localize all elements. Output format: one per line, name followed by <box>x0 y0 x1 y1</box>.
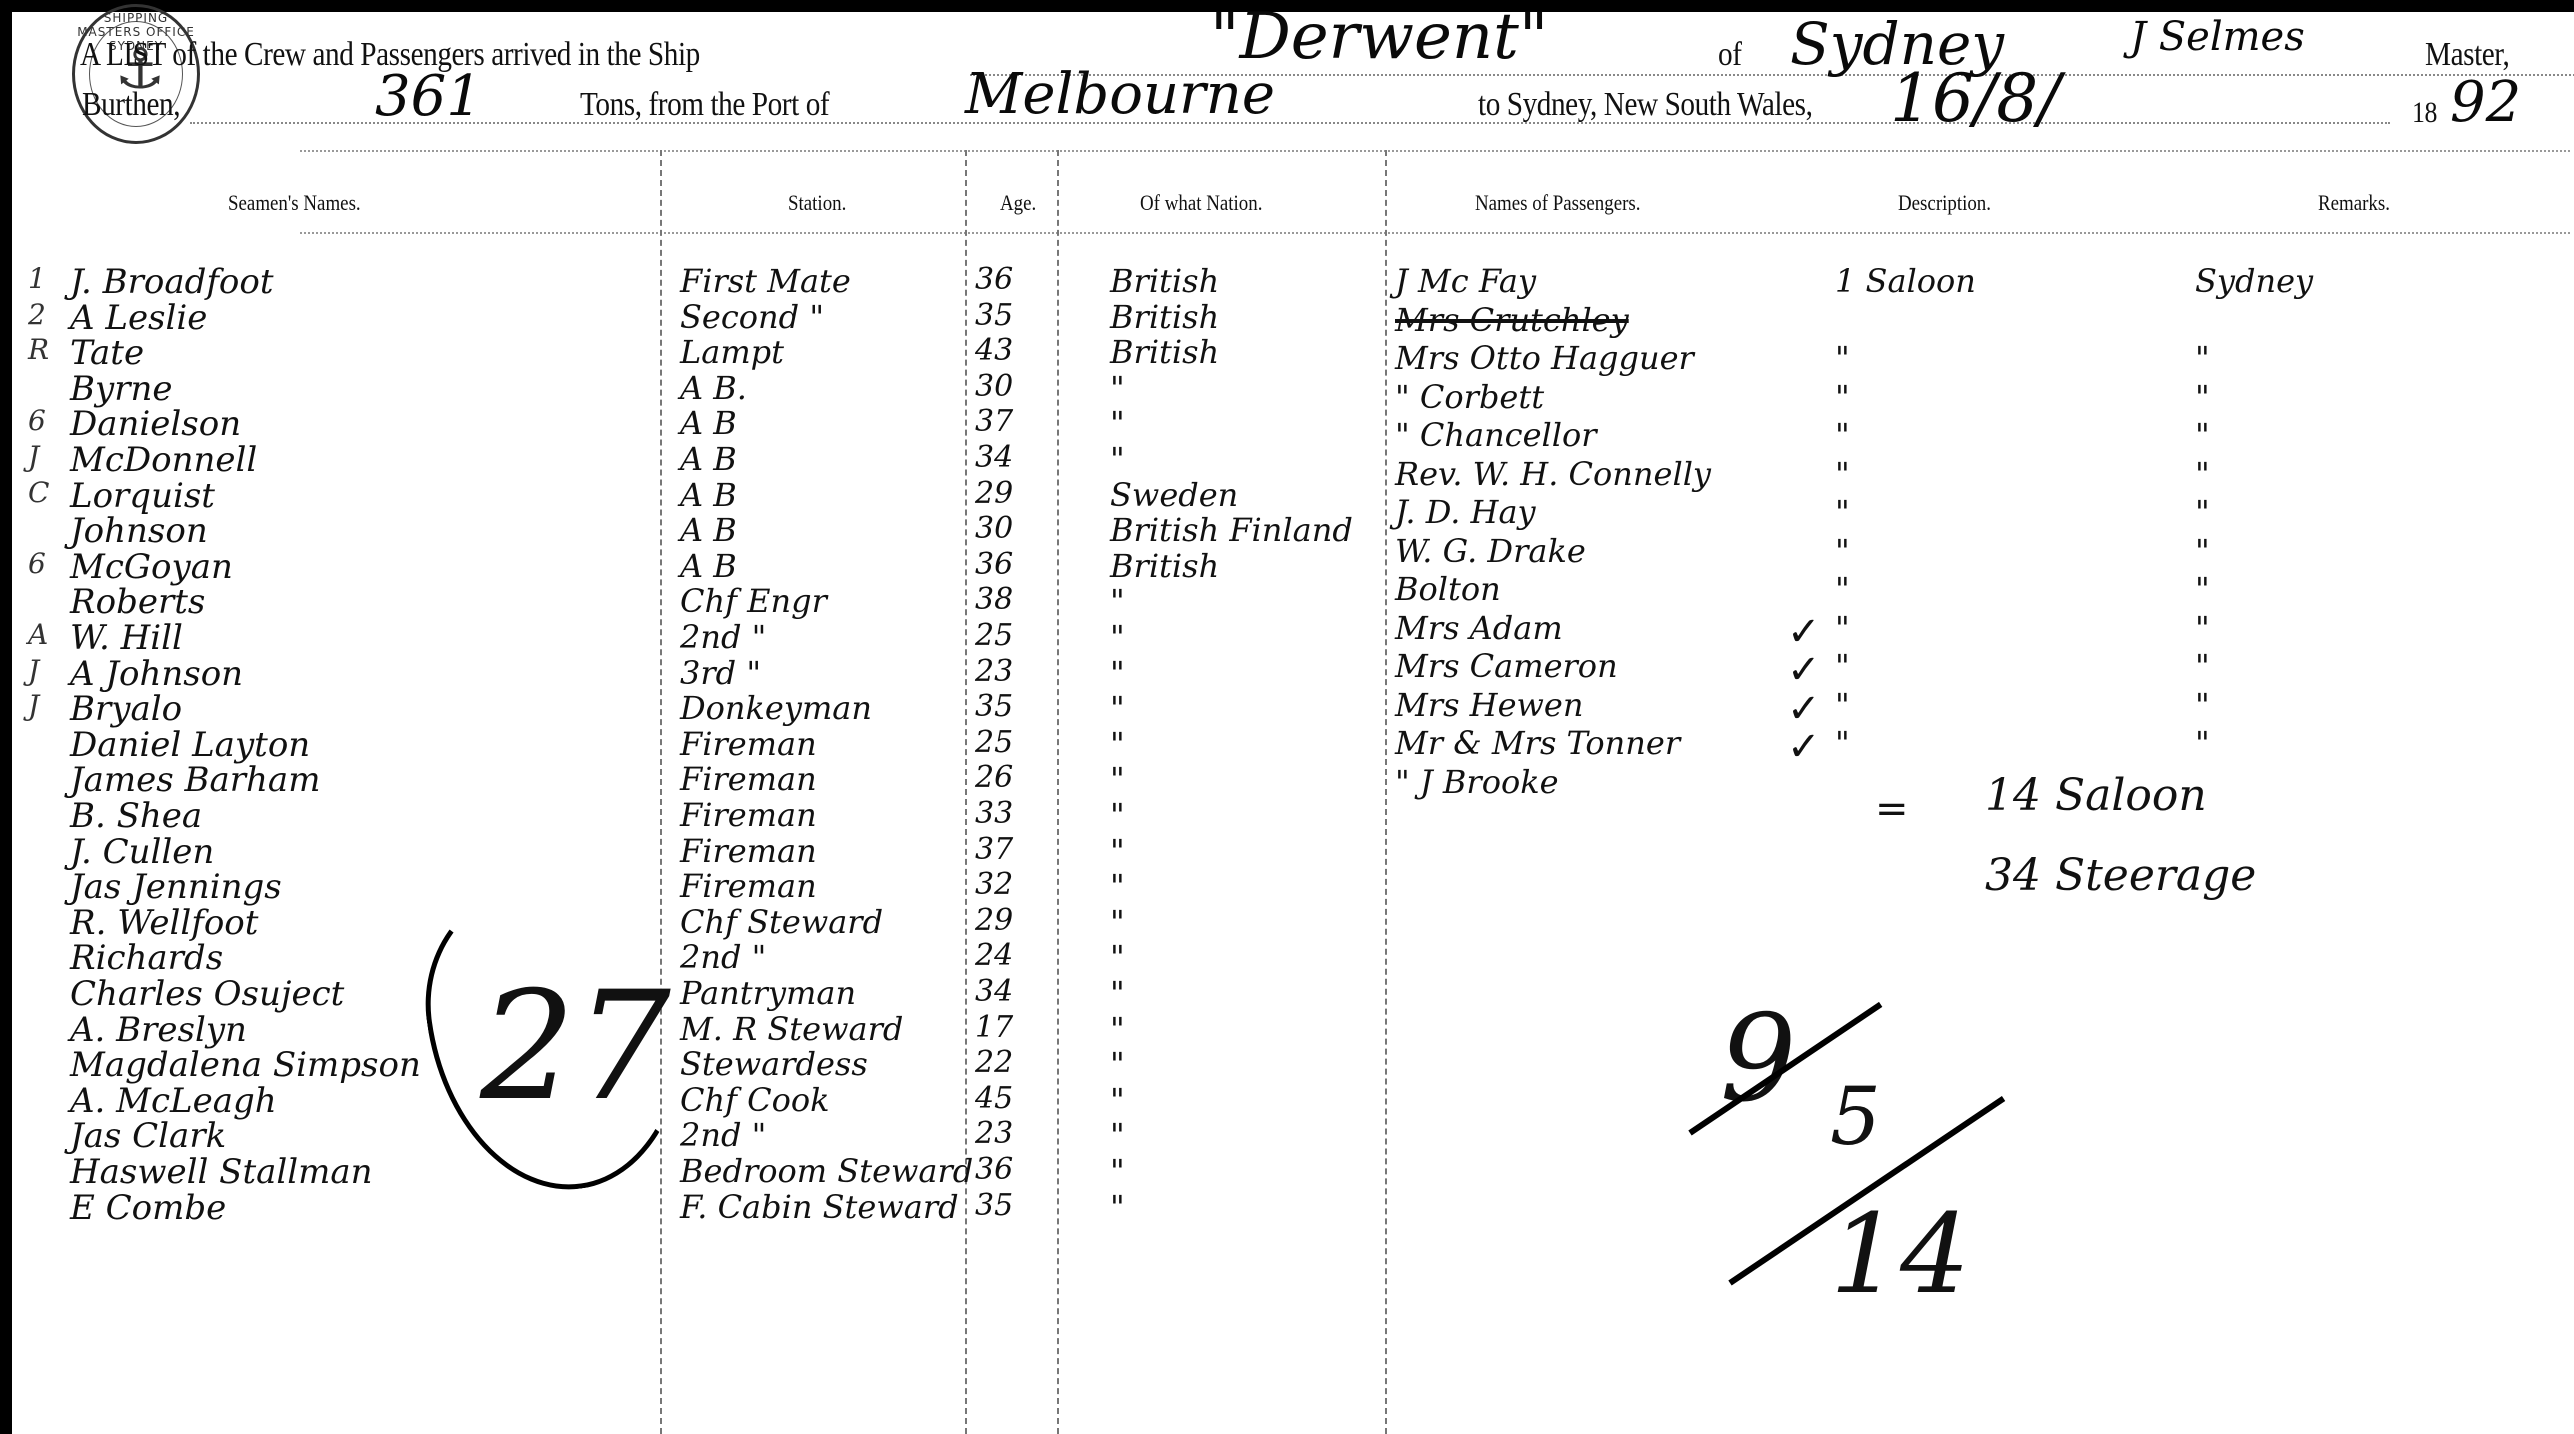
seaman-nation: " <box>1110 369 1125 407</box>
seaman-age: 29 <box>975 476 1013 511</box>
crew-row: Haswell StallmanBedroom Steward36" <box>0 1152 1400 1188</box>
seaman-station: Fireman <box>680 796 817 834</box>
seaman-nation: British <box>1110 547 1219 585</box>
seaman-station: Fireman <box>680 760 817 798</box>
seaman-age: 25 <box>975 618 1013 653</box>
seaman-nation: " <box>1110 440 1125 478</box>
passenger-name: Mrs Otto Hagguer <box>1395 339 1694 377</box>
passenger-description: 1 Saloon <box>1835 262 1976 300</box>
crew-mark: A <box>28 618 48 651</box>
seaman-station: A B <box>680 404 737 442</box>
passenger-name: J Mc Fay <box>1395 262 1536 300</box>
seaman-station: 2nd " <box>680 618 766 656</box>
passenger-description: " <box>1835 647 1850 685</box>
of-label: of <box>1718 36 1742 74</box>
seaman-nation: Sweden <box>1110 476 1238 514</box>
seaman-station: Fireman <box>680 725 817 763</box>
passenger-remarks: " <box>2195 493 2210 531</box>
seaman-name: Richards <box>70 938 223 978</box>
passenger-name: " J Brooke <box>1395 763 1559 801</box>
crew-row: R. WellfootChf Steward29" <box>0 903 1400 939</box>
passenger-remarks: Sydney <box>2195 262 2313 300</box>
seaman-name: Daniel Layton <box>70 725 310 765</box>
seaman-name: J. Cullen <box>70 832 214 872</box>
seaman-station: Bedroom Steward <box>680 1152 973 1190</box>
seaman-name: Danielson <box>70 404 241 444</box>
passenger-name: J. D. Hay <box>1395 493 1536 531</box>
seaman-station: 3rd " <box>680 654 761 692</box>
passenger-row: Mrs Crutchley <box>1395 301 2565 337</box>
total-steerage: 34 Steerage <box>1985 850 2256 901</box>
passenger-remarks: " <box>2195 609 2210 647</box>
col-remarks: Remarks. <box>2318 190 2390 216</box>
col-seamen-names: Seamen's Names. <box>228 190 361 216</box>
seaman-age: 37 <box>975 404 1013 439</box>
seaman-nation: " <box>1110 974 1125 1012</box>
arrival-date: 16/8/ <box>1890 60 2060 137</box>
crew-row: 6DanielsonA B37" <box>0 404 1400 440</box>
crew-mark: R <box>28 333 49 366</box>
seaman-nation: British Finland <box>1110 511 1353 549</box>
passenger-remarks: " <box>2195 724 2210 762</box>
crew-mark: 2 <box>28 298 46 331</box>
seaman-name: Roberts <box>70 582 205 622</box>
totals-equals: = <box>1875 786 1909 832</box>
passenger-remarks: " <box>2195 455 2210 493</box>
seaman-station: Lampt <box>680 333 784 371</box>
column-header-top-rule <box>300 150 2570 152</box>
seaman-station: 2nd " <box>680 938 766 976</box>
col-description: Description. <box>1898 190 1991 216</box>
crew-row: A. McLeaghChf Cook45" <box>0 1081 1400 1117</box>
seaman-age: 37 <box>975 832 1013 867</box>
seaman-age: 35 <box>975 689 1013 724</box>
passenger-row: Mrs Adam✓"" <box>1395 609 2565 645</box>
tonnage-value: 361 <box>375 64 482 129</box>
passenger-name: Mrs Cameron <box>1395 647 1618 685</box>
seaman-station: Fireman <box>680 832 817 870</box>
crew-mark: 6 <box>28 404 46 437</box>
seaman-nation: " <box>1110 760 1125 798</box>
passenger-name: W. G. Drake <box>1395 532 1586 570</box>
seaman-age: 23 <box>975 654 1013 689</box>
seaman-station: A B <box>680 476 737 514</box>
seaman-name: W. Hill <box>70 618 183 658</box>
passenger-description: " <box>1835 416 1850 454</box>
seaman-name: A Leslie <box>70 298 207 338</box>
seaman-station: A B. <box>680 369 747 407</box>
passenger-row: " Corbett"" <box>1395 378 2565 414</box>
seaman-name: McDonnell <box>70 440 257 480</box>
passenger-row: " J Brooke <box>1395 763 2565 799</box>
col-station: Station. <box>788 190 846 216</box>
seaman-name: Jas Clark <box>70 1116 226 1156</box>
seaman-nation: " <box>1110 1188 1125 1226</box>
seaman-name: E Combe <box>70 1188 226 1228</box>
seaman-nation: " <box>1110 618 1125 656</box>
passenger-row: W. G. Drake"" <box>1395 532 2565 568</box>
seaman-name: Bryalo <box>70 689 182 729</box>
seaman-age: 38 <box>975 582 1013 617</box>
passenger-description: " <box>1835 532 1850 570</box>
seaman-name: McGoyan <box>70 547 233 587</box>
seaman-nation: " <box>1110 689 1125 727</box>
seaman-nation: " <box>1110 1010 1125 1048</box>
seaman-nation: " <box>1110 582 1125 620</box>
seaman-nation: " <box>1110 725 1125 763</box>
seaman-station: Chf Engr <box>680 582 827 620</box>
passenger-row: Mrs Otto Hagguer"" <box>1395 339 2565 375</box>
passenger-description: " <box>1835 570 1850 608</box>
seaman-name: Johnson <box>70 511 208 551</box>
crew-row: JMcDonnellA B34" <box>0 440 1400 476</box>
from-port: Melbourne <box>965 62 1275 127</box>
seaman-name: Haswell Stallman <box>70 1152 373 1192</box>
seaman-nation: " <box>1110 404 1125 442</box>
col-passenger-names: Names of Passengers. <box>1475 190 1641 216</box>
seaman-nation: " <box>1110 867 1125 905</box>
passenger-row: Mrs Cameron✓"" <box>1395 647 2565 683</box>
crew-row: 6McGoyanA B36British <box>0 547 1400 583</box>
crew-row: JohnsonA B30British Finland <box>0 511 1400 547</box>
seaman-age: 45 <box>975 1081 1013 1116</box>
crew-mark: J <box>28 689 39 722</box>
passenger-name: " Chancellor <box>1395 416 1597 454</box>
seaman-name: J. Broadfoot <box>70 262 274 302</box>
passenger-name: Mrs Adam <box>1395 609 1563 647</box>
crew-mark: 6 <box>28 547 46 580</box>
seaman-nation: " <box>1110 796 1125 834</box>
col-nation: Of what Nation. <box>1140 190 1262 216</box>
seaman-age: 25 <box>975 725 1013 760</box>
burthen-label: Burthen, <box>82 86 180 124</box>
seaman-name: James Barham <box>70 760 320 800</box>
passenger-description: " <box>1835 609 1850 647</box>
passenger-description: " <box>1835 493 1850 531</box>
seaman-name: Jas Jennings <box>70 867 282 907</box>
crew-row: J. CullenFireman37" <box>0 832 1400 868</box>
fraction-bottom: 14 <box>1830 1190 1970 1318</box>
seaman-name: A Johnson <box>70 654 243 694</box>
seaman-age: 36 <box>975 262 1013 297</box>
total-saloon: 14 Saloon <box>1985 770 2207 821</box>
crew-row: AW. Hill2nd "25" <box>0 618 1400 654</box>
seaman-name: A. Breslyn <box>70 1010 247 1050</box>
year-prefix: 18 <box>2412 96 2437 130</box>
seaman-station: Pantryman <box>680 974 856 1012</box>
seaman-name: R. Wellfoot <box>70 903 258 943</box>
seaman-station: First Mate <box>680 262 851 300</box>
crew-row: Jas JenningsFireman32" <box>0 867 1400 903</box>
passenger-name: Mrs Hewen <box>1395 686 1583 724</box>
seaman-age: 34 <box>975 974 1013 1009</box>
seaman-age: 30 <box>975 369 1013 404</box>
passenger-description: " <box>1835 455 1850 493</box>
seaman-name: Byrne <box>70 369 172 409</box>
crew-mark: 1 <box>28 262 46 295</box>
passenger-row: Rev. W. H. Connelly"" <box>1395 455 2565 491</box>
passenger-remarks: " <box>2195 686 2210 724</box>
passenger-name: Mrs Crutchley <box>1395 301 1629 339</box>
crew-row: ByrneA B.30" <box>0 369 1400 405</box>
seaman-age: 35 <box>975 298 1013 333</box>
seaman-age: 43 <box>975 333 1013 368</box>
seaman-station: M. R Steward <box>680 1010 903 1048</box>
passenger-remarks: " <box>2195 416 2210 454</box>
passenger-description: " <box>1835 378 1850 416</box>
seaman-name: Magdalena Simpson <box>70 1045 421 1085</box>
seaman-age: 36 <box>975 547 1013 582</box>
seaman-station: F. Cabin Steward <box>680 1188 959 1226</box>
seaman-age: 30 <box>975 511 1013 546</box>
seaman-nation: " <box>1110 1152 1125 1190</box>
seaman-station: Fireman <box>680 867 817 905</box>
passenger-name: Mr & Mrs Tonner <box>1395 724 1680 762</box>
seaman-station: Stewardess <box>680 1045 868 1083</box>
seaman-nation: British <box>1110 262 1219 300</box>
seaman-station: 2nd " <box>680 1116 766 1154</box>
master-name: J Selmes <box>2130 14 2305 60</box>
crew-count-annotation: 27 <box>480 960 671 1134</box>
passenger-name: " Corbett <box>1395 378 1544 416</box>
crew-row: James BarhamFireman26" <box>0 760 1400 796</box>
crew-row: Jas Clark2nd "23" <box>0 1116 1400 1152</box>
to-sydney-label: to Sydney, New South Wales, <box>1478 86 1812 124</box>
seaman-age: 35 <box>975 1188 1013 1223</box>
crew-row: A. BreslynM. R Steward17" <box>0 1010 1400 1046</box>
crew-row: JA Johnson3rd "23" <box>0 654 1400 690</box>
passenger-row: J. D. Hay"" <box>1395 493 2565 529</box>
seaman-age: 32 <box>975 867 1013 902</box>
crew-mark: J <box>28 654 39 687</box>
seaman-station: Chf Steward <box>680 903 883 941</box>
crew-row: B. SheaFireman33" <box>0 796 1400 832</box>
crew-row: Charles OsujectPantryman34" <box>0 974 1400 1010</box>
seaman-age: 33 <box>975 796 1013 831</box>
passenger-row: " Chancellor"" <box>1395 416 2565 452</box>
seaman-station: A B <box>680 511 737 549</box>
passenger-remarks: " <box>2195 339 2210 377</box>
passenger-remarks: " <box>2195 532 2210 570</box>
seaman-station: A B <box>680 440 737 478</box>
seaman-nation: " <box>1110 1081 1125 1119</box>
passenger-row: Mrs Hewen✓"" <box>1395 686 2565 722</box>
crew-row: RobertsChf Engr38" <box>0 582 1400 618</box>
seaman-station: Chf Cook <box>680 1081 830 1119</box>
passenger-name: Bolton <box>1395 570 1501 608</box>
crew-row: 2A LeslieSecond "35British <box>0 298 1400 334</box>
seaman-name: Lorquist <box>70 476 215 516</box>
seaman-age: 17 <box>975 1010 1013 1045</box>
passenger-name: Rev. W. H. Connelly <box>1395 455 1711 493</box>
crew-row: E CombeF. Cabin Steward35" <box>0 1188 1400 1224</box>
seaman-station: A B <box>680 547 737 585</box>
seaman-name: B. Shea <box>70 796 202 836</box>
crew-row: Magdalena SimpsonStewardess22" <box>0 1045 1400 1081</box>
seaman-nation: " <box>1110 654 1125 692</box>
seaman-age: 26 <box>975 760 1013 795</box>
seaman-age: 34 <box>975 440 1013 475</box>
seaman-station: Second " <box>680 298 824 336</box>
crew-row: 1J. BroadfootFirst Mate36British <box>0 262 1400 298</box>
fraction-annotation: 9 5 14 <box>1680 990 2120 1310</box>
seaman-nation: British <box>1110 333 1219 371</box>
column-header-bottom-rule <box>300 232 2570 234</box>
passenger-row: J Mc Fay1 SaloonSydney <box>1395 262 2565 298</box>
seaman-nation: " <box>1110 1045 1125 1083</box>
passenger-remarks: " <box>2195 647 2210 685</box>
passenger-description: " <box>1835 724 1850 762</box>
crew-row: Daniel LaytonFireman25" <box>0 725 1400 761</box>
seaman-age: 22 <box>975 1045 1013 1080</box>
seaman-age: 23 <box>975 1116 1013 1151</box>
master-label: Master, <box>2425 36 2509 74</box>
passenger-remarks: " <box>2195 570 2210 608</box>
passenger-description: " <box>1835 686 1850 724</box>
seaman-nation: " <box>1110 1116 1125 1154</box>
passenger-remarks: " <box>2195 378 2210 416</box>
seaman-nation: " <box>1110 832 1125 870</box>
seaman-nation: " <box>1110 938 1125 976</box>
crew-mark: C <box>28 476 49 509</box>
crew-mark: J <box>28 440 39 473</box>
crew-row: CLorquistA B29Sweden <box>0 476 1400 512</box>
col-age: Age. <box>1000 190 1036 216</box>
crew-row: RTateLampt43British <box>0 333 1400 369</box>
seaman-station: Donkeyman <box>680 689 872 727</box>
passenger-description: " <box>1835 339 1850 377</box>
seaman-name: Tate <box>70 333 144 373</box>
seaman-age: 24 <box>975 938 1013 973</box>
passenger-row: Bolton"" <box>1395 570 2565 606</box>
seaman-name: A. McLeagh <box>70 1081 277 1121</box>
crew-row: Richards2nd "24" <box>0 938 1400 974</box>
seaman-name: Charles Osuject <box>70 974 344 1014</box>
seaman-age: 29 <box>975 903 1013 938</box>
seaman-nation: British <box>1110 298 1219 336</box>
seaman-nation: " <box>1110 903 1125 941</box>
crew-row: JBryaloDonkeyman35" <box>0 689 1400 725</box>
passenger-row: Mr & Mrs Tonner✓"" <box>1395 724 2565 760</box>
tons-from-port-label: Tons, from the Port of <box>580 86 829 124</box>
seaman-age: 36 <box>975 1152 1013 1187</box>
year-suffix: 92 <box>2450 70 2521 135</box>
fraction-middle: 5 <box>1830 1070 1881 1163</box>
